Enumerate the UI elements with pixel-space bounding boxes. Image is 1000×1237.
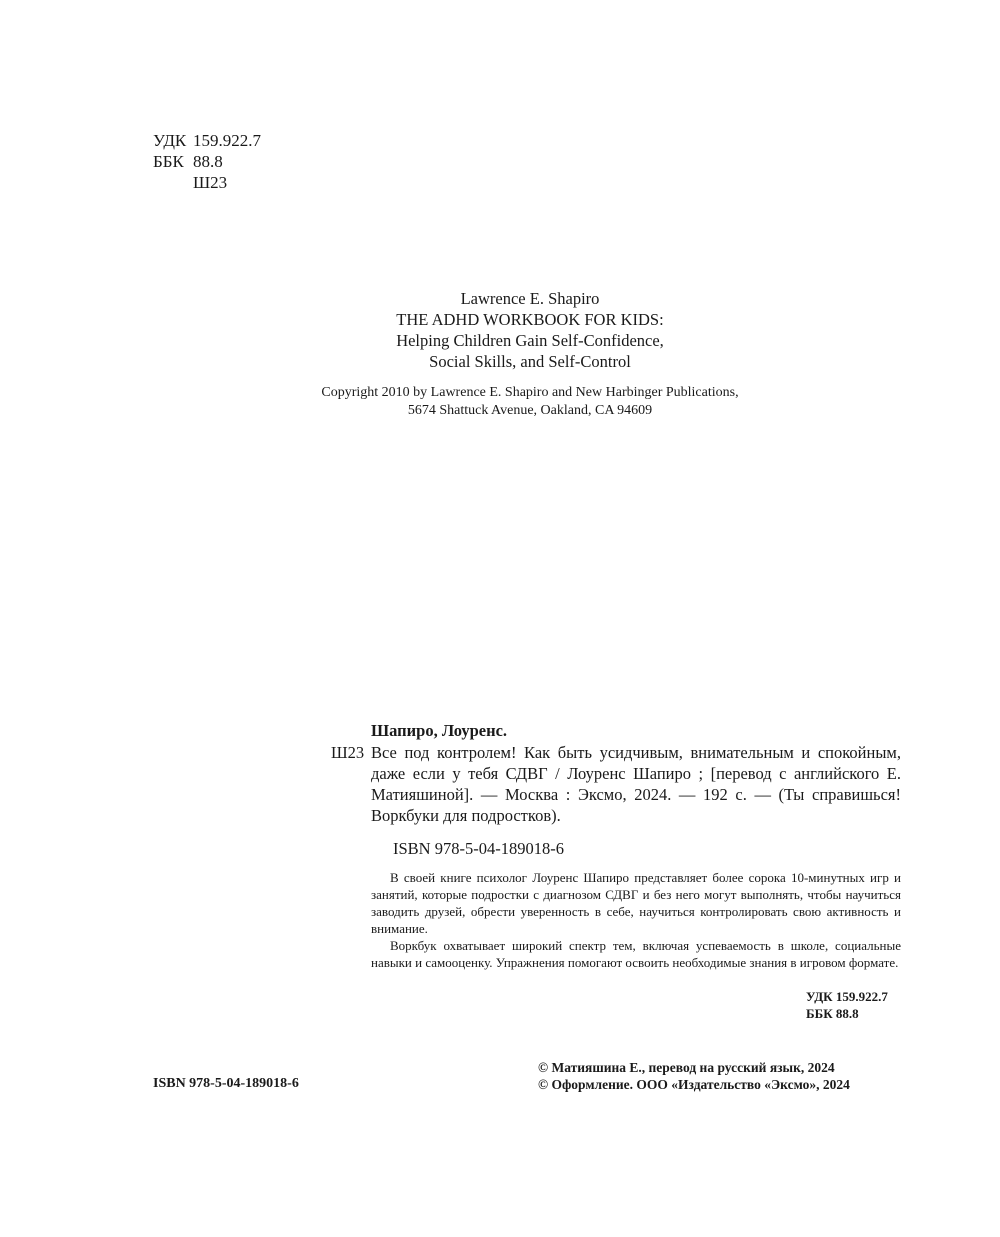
bbk-row: ББК 88.8 [153, 151, 261, 172]
record-author-sign: Ш23 [331, 742, 364, 763]
udk-value: 159.922.7 [193, 130, 261, 151]
index-udk: УДК 159.922.7 [806, 988, 888, 1005]
original-copyright: Copyright 2010 by Lawrence E. Shapiro an… [270, 384, 790, 420]
original-title: THE ADHD WORKBOOK FOR KIDS: [280, 309, 780, 330]
author-sign: Ш23 [153, 172, 261, 193]
copyright-line-1: Copyright 2010 by Lawrence E. Shapiro an… [270, 384, 790, 402]
record-description: Все под контролем! Как быть усидчивым, в… [371, 742, 901, 826]
bbk-value: 88.8 [193, 151, 223, 172]
rights-translation: © Матияшина Е., перевод на русский язык,… [538, 1059, 850, 1076]
bbk-label: ББК [153, 151, 193, 172]
copyright-page: УДК 159.922.7 ББК 88.8 Ш23 Lawrence E. S… [0, 0, 1000, 1237]
copyright-line-2: 5674 Shattuck Avenue, Oakland, CA 94609 [270, 402, 790, 420]
annotation: В своей книге психолог Лоуренс Шапиро пр… [371, 869, 901, 971]
rights-notice: © Матияшина Е., перевод на русский язык,… [538, 1059, 850, 1093]
bibliographic-record: Шапиро, Лоуренс. Ш23 Все под контролем! … [331, 720, 901, 859]
record-entry: Ш23 Все под контролем! Как быть усидчивы… [331, 742, 901, 826]
record-author: Шапиро, Лоуренс. [331, 720, 901, 742]
index-bbk: ББК 88.8 [806, 1005, 888, 1022]
original-subtitle-2: Social Skills, and Self-Control [280, 351, 780, 372]
udk-label: УДК [153, 130, 193, 151]
footer-isbn: ISBN 978-5-04-189018-6 [153, 1075, 299, 1092]
rights-design: © Оформление. ООО «Издательство «Эксмо»,… [538, 1076, 850, 1093]
udk-row: УДК 159.922.7 [153, 130, 261, 151]
original-subtitle-1: Helping Children Gain Self-Confidence, [280, 330, 780, 351]
record-isbn: ISBN 978-5-04-189018-6 [331, 838, 901, 859]
classification-codes: УДК 159.922.7 ББК 88.8 Ш23 [153, 130, 261, 193]
original-author: Lawrence E. Shapiro [280, 288, 780, 309]
original-edition: Lawrence E. Shapiro THE ADHD WORKBOOK FO… [280, 288, 780, 372]
annotation-paragraph-2: Воркбук охватывает широкий спектр тем, в… [371, 937, 901, 971]
index-codes: УДК 159.922.7 ББК 88.8 [806, 988, 888, 1022]
annotation-paragraph-1: В своей книге психолог Лоуренс Шапиро пр… [371, 869, 901, 937]
